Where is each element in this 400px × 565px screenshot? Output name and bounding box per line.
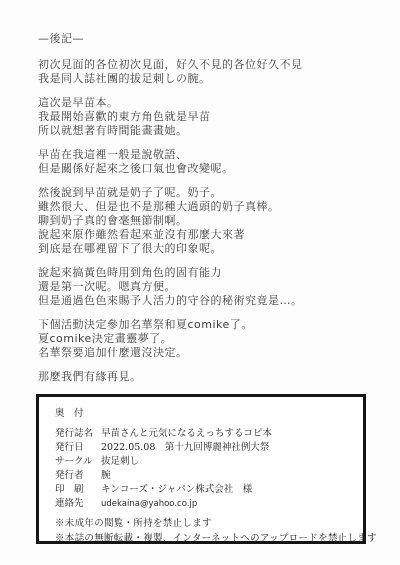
colophon-row-publication-name: 発行誌名 早苗さんと元気になるえっちするコピ本 (55, 427, 355, 441)
afterword-text-block: —後記— 初次見面的各位初次見面，好久不見的各位好久不見 我是同人誌社團的拔足刺… (38, 32, 303, 394)
colophon-value: 2022.05.08 第十九回博麗神社例大祭 (101, 441, 269, 455)
text-line: 下個活動決定參加名華祭和夏comike了。 (38, 318, 303, 332)
note-minors-prohibited: ※未成年の閲覧・所持を禁止します (55, 517, 355, 532)
colophon-label: 連絡先 (55, 497, 101, 511)
text-line: 我是同人誌社團的拔足刺しの腕。 (38, 72, 303, 86)
colophon-value: 腕 (101, 469, 111, 483)
colophon-row-publisher: 発行者 腕 (55, 469, 355, 483)
colophon-label: 発行日 (55, 441, 101, 455)
text-line: 初次見面的各位初次見面，好久不見的各位好久不見 (38, 58, 303, 72)
colophon-notes: ※未成年の閲覧・所持を禁止します ※本誌の無断転載・複製、インターネットへのアッ… (55, 517, 355, 546)
colophon-row-circle: サークル 抜足刺し (55, 455, 355, 469)
afterword-paragraph-speech: 早苗在我這裡一般是說敬語、 但是關係好起來之後口氣也會改變呢。 (38, 148, 303, 176)
colophon-value: キンコーズ・ジャパン株式会社 様 (101, 483, 252, 497)
colophon-label: サークル (55, 455, 101, 469)
text-line: 我最開始喜歡的東方角色就是早苗 (38, 110, 303, 124)
afterword-page: —後記— 初次見面的各位初次見面，好久不見的各位好久不見 我是同人誌社團的拔足刺… (0, 0, 400, 565)
text-line: 到底是在哪裡留下了很大的印象呢。 (38, 242, 303, 256)
text-line: 但是通過色色來賜予人活力的守谷的秘術究竟是…。 (38, 294, 303, 308)
text-line: 說起來搞黃色時用到角色的固有能力 (38, 266, 303, 280)
text-line: 雖然很大、但是也不是那種大過頭的奶子真棒。 (38, 200, 303, 214)
text-line: 聊到奶子真的會毫無節制啊。 (38, 214, 303, 228)
note-no-reproduction: ※本誌の無断転載・複製、インターネットへのアップロードを禁止します (55, 532, 355, 547)
afterword-paragraph-farewell: 那麼我們有緣再見。 (38, 370, 303, 384)
text-line: 說起來原作雖然看起來並沒有那麼大來著 (38, 228, 303, 242)
colophon-row-publication-date: 発行日 2022.05.08 第十九回博麗神社例大祭 (55, 441, 355, 455)
text-line: 然後說到早苗就是奶子了呢。奶子。 (38, 186, 303, 200)
colophon-row-contact: 連絡先 udekaina@yahoo.co.jp (55, 497, 355, 511)
text-line: 這次是早苗本。 (38, 96, 303, 110)
afterword-paragraph-sanae-book: 這次是早苗本。 我最開始喜歡的東方角色就是早苗 所以就想著有時間能畫畫她。 (38, 96, 303, 138)
text-line: 早苗在我這裡一般是說敬語、 (38, 148, 303, 162)
text-line: 名華祭要追加什麼還沒決定。 (38, 346, 303, 360)
colophon-label: 発行者 (55, 469, 101, 483)
afterword-paragraph-impressions: 然後說到早苗就是奶子了呢。奶子。 雖然很大、但是也不是那種大過頭的奶子真棒。 聊… (38, 186, 303, 256)
afterword-paragraph-greeting: 初次見面的各位初次見面，好久不見的各位好久不見 我是同人誌社團的拔足刺しの腕。 (38, 58, 303, 86)
colophon-value: 抜足刺し (101, 455, 139, 469)
text-line: 那麼我們有緣再見。 (38, 370, 303, 384)
colophon-value: 早苗さんと元気になるえっちするコピ本 (101, 427, 272, 441)
colophon-row-printer: 印 刷 キンコーズ・ジャパン株式会社 様 (55, 483, 355, 497)
colophon-box: 奥 付 発行誌名 早苗さんと元気になるえっちするコピ本 発行日 2022.05.… (36, 394, 366, 544)
text-line: 還是第一次呢。嗯真方便。 (38, 280, 303, 294)
colophon-label: 印 刷 (55, 483, 101, 497)
text-line: 夏comike決定畫靈夢了。 (38, 332, 303, 346)
text-line: 所以就想著有時間能畫畫她。 (38, 124, 303, 138)
text-line: 但是關係好起來之後口氣也會改變呢。 (38, 162, 303, 176)
colophon-title: 奥 付 (55, 407, 355, 421)
afterword-paragraph-next-events: 下個活動決定參加名華祭和夏comike了。 夏comike決定畫靈夢了。 名華祭… (38, 318, 303, 360)
afterword-title: —後記— (38, 32, 303, 46)
colophon-label: 発行誌名 (55, 427, 101, 441)
contact-email: udekaina@yahoo.co.jp (101, 497, 197, 511)
afterword-paragraph-ability: 說起來搞黃色時用到角色的固有能力 還是第一次呢。嗯真方便。 但是通過色色來賜予人… (38, 266, 303, 308)
